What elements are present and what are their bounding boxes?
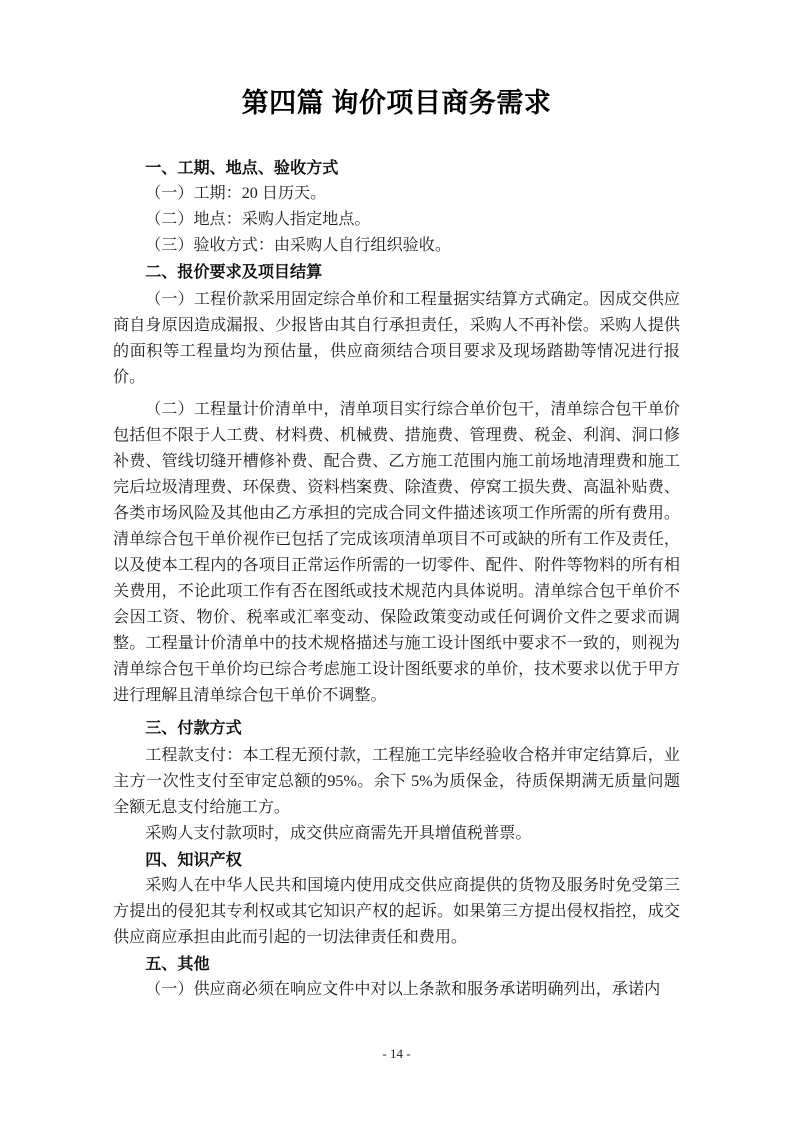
section-duration-location-acceptance: 一、工期、地点、验收方式 （一）工期：20 日历天。 （二）地点：采购人指定地点… bbox=[113, 155, 680, 259]
section-intellectual-property: 四、知识产权 采购人在中华人民共和国境内使用成交供应商提供的货物及服务时免受第三… bbox=[113, 847, 680, 951]
section-other: 五、其他 （一）供应商必须在响应文件中对以上条款和服务承诺明确列出，承诺内 bbox=[113, 951, 680, 1003]
paragraph: （一）工程价款采用固定综合单价和工程量据实结算方式确定。因成交供应商自身原因造成… bbox=[113, 287, 680, 391]
section-payment-method: 三、付款方式 工程款支付：本工程无预付款，工程施工完毕经验收合格并审定结算后，业… bbox=[113, 715, 680, 847]
section-quotation-settlement: 二、报价要求及项目结算 （一）工程价款采用固定综合单价和工程量据实结算方式确定。… bbox=[113, 259, 680, 709]
page-title: 第四篇 询价项目商务需求 bbox=[113, 86, 680, 120]
section-heading: 三、付款方式 bbox=[113, 715, 680, 741]
list-item: （一）工期：20 日历天。 bbox=[113, 181, 680, 207]
section-heading: 五、其他 bbox=[113, 951, 680, 977]
paragraph: 采购人支付款项时，成交供应商需先开具增值税普票。 bbox=[113, 821, 680, 847]
document-page: 第四篇 询价项目商务需求 一、工期、地点、验收方式 （一）工期：20 日历天。 … bbox=[0, 0, 793, 1122]
section-heading: 四、知识产权 bbox=[113, 847, 680, 873]
section-heading: 一、工期、地点、验收方式 bbox=[113, 155, 680, 181]
paragraph: 采购人在中华人民共和国境内使用成交供应商提供的货物及服务时免受第三方提出的侵犯其… bbox=[113, 873, 680, 951]
list-item: （三）验收方式：由采购人自行组织验收。 bbox=[113, 233, 680, 259]
section-heading: 二、报价要求及项目结算 bbox=[113, 259, 680, 285]
page-number: - 14 - bbox=[382, 1046, 410, 1061]
paragraph: （二）工程量计价清单中，清单项目实行综合单价包干，清单综合包干单价包括但不限于人… bbox=[113, 397, 680, 709]
paragraph: （一）供应商必须在响应文件中对以上条款和服务承诺明确列出，承诺内 bbox=[113, 977, 680, 1003]
list-item: （二）地点：采购人指定地点。 bbox=[113, 207, 680, 233]
paragraph: 工程款支付：本工程无预付款，工程施工完毕经验收合格并审定结算后，业主方一次性支付… bbox=[113, 743, 680, 821]
page-footer: - 14 - bbox=[0, 1046, 793, 1062]
